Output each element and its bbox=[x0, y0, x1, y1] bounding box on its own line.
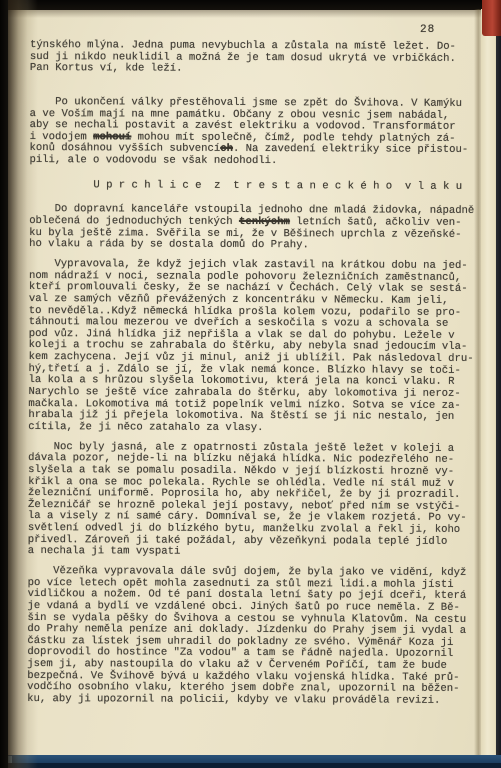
text-line: pili, ale o vodovodu se však nedohodli. bbox=[29, 155, 489, 169]
section-heading: U p r c h l i c e z t r e s t a n e c k … bbox=[93, 180, 489, 193]
red-cover-corner bbox=[482, 0, 501, 36]
text-line: Pan Kortus ví, kde leží. bbox=[30, 63, 490, 77]
struck-text: tenkýchm bbox=[239, 216, 290, 228]
bottom-cover-band-dark bbox=[0, 763, 501, 768]
top-binding-bar bbox=[0, 0, 501, 10]
text-line: a nechala ji tam vyspati bbox=[28, 546, 488, 560]
struck-text: ch bbox=[220, 143, 233, 155]
left-binding-bar bbox=[0, 0, 8, 768]
page-number: 28 bbox=[420, 24, 435, 36]
right-cover-edge bbox=[496, 0, 501, 768]
text-line: cítila, že ji něco zatahalo za vlasy. bbox=[28, 422, 488, 436]
paragraph: týnského mlýna. Jedna puma nevybuchla a … bbox=[30, 40, 490, 77]
paragraph: Po ukončení války přestěhovali jsme se z… bbox=[29, 97, 489, 169]
top-shadow bbox=[8, 10, 501, 18]
paragraph: Vypravovala, že když jejich vlak zastavi… bbox=[28, 259, 489, 436]
bottom-cover-band bbox=[0, 755, 501, 763]
paragraph: Vězeňka vypravovala dále svůj dojem, že … bbox=[27, 566, 488, 708]
text-line: ku, aby ji upozornil na policii, kdyby v… bbox=[27, 694, 487, 708]
paragraph: Do dopravní kanceláře vstoupila jednoho … bbox=[29, 204, 489, 253]
paragraph: Noc byly jasná, ale z opatrnosti zůstala… bbox=[28, 442, 489, 560]
scanned-page: 28 týnského mlýna. Jedna puma nevybuchla… bbox=[0, 0, 501, 768]
document-text: týnského mlýna. Jedna puma nevybuchla a … bbox=[27, 40, 490, 716]
text-line: ho vlaku a ráda by se dostala domů do Pr… bbox=[29, 239, 489, 253]
